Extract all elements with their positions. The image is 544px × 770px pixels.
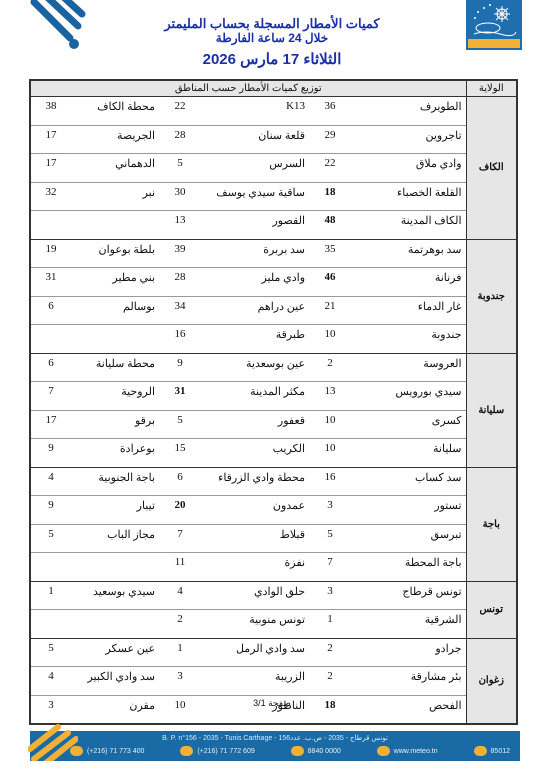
rainfall-value: 2: [309, 667, 351, 696]
rainfall-value: 3: [159, 667, 201, 696]
station-name: عين عسكر: [71, 638, 159, 667]
rainfall-value: 28: [159, 125, 201, 154]
rainfall-value: 1: [30, 581, 71, 610]
station-name: الروحية: [71, 382, 159, 411]
station-name: الكاف المدينة: [351, 211, 466, 240]
station-name: بئر مشارقة: [351, 667, 466, 696]
station-name: الجريصة: [71, 125, 159, 154]
table-row: الشرقية1تونس منوبية2: [30, 610, 517, 639]
table-row: سليانة10الكريب15بوعرادة9: [30, 439, 517, 468]
station-name: بني مطير: [71, 268, 159, 297]
station-name: الكريب: [201, 439, 309, 468]
rainfall-table: الولاية توزيع كميات الأمطار حسب المناطق …: [29, 79, 518, 725]
table-row: تستور3عمدون20تيبار9: [30, 496, 517, 525]
sms-icon: [474, 746, 487, 756]
governorate-cell: جندوبة: [466, 239, 517, 353]
station-name: تاجروين: [351, 125, 466, 154]
station-name: فرنانة: [351, 268, 466, 297]
station-name: سيدي بورويس: [351, 382, 466, 411]
station-name: القصور: [201, 211, 309, 240]
station-name: تيبار: [71, 496, 159, 525]
governorate-cell: باجة: [466, 467, 517, 581]
distribution-header: توزيع كميات الأمطار حسب المناطق: [30, 80, 466, 97]
rainfall-value: 4: [30, 467, 71, 496]
station-name: بوسالم: [71, 296, 159, 325]
governorate-cell: الكاف: [466, 97, 517, 240]
rainfall-value: 9: [30, 496, 71, 525]
station-name: سد بربرة: [201, 239, 309, 268]
station-name: القلعة الخصباء: [351, 182, 466, 211]
table-row: جندوبة10طبرقة16: [30, 325, 517, 354]
station-name: مكثر المدينة: [201, 382, 309, 411]
rainfall-value: 5: [309, 524, 351, 553]
station-name: وادي ملاق: [351, 154, 466, 183]
fax-contact[interactable]: (+216) 71 772 609: [180, 746, 254, 756]
rainfall-value: 31: [159, 382, 201, 411]
rainfall-value: 48: [309, 211, 351, 240]
table-row: باجة المحطة7نفزة11: [30, 553, 517, 582]
station-name: الدهماني: [71, 154, 159, 183]
station-name: عين بوسعدية: [201, 353, 309, 382]
rainfall-value: 35: [309, 239, 351, 268]
hotline-icon: [291, 746, 304, 756]
phone-contact[interactable]: (+216) 71 773 400: [70, 746, 144, 756]
station-name: ساقية سيدي يوسف: [201, 182, 309, 211]
fax-icon: [180, 746, 193, 756]
station-name: سليانة: [351, 439, 466, 468]
station-name: قبلاط: [201, 524, 309, 553]
table-row: تاجروين29قلعة سنان28الجريصة17: [30, 125, 517, 154]
rainfall-value: 11: [159, 553, 201, 582]
table-row: فرنانة46وادي مليز28بني مطير31: [30, 268, 517, 297]
station-name: باجة الجنوبية: [71, 467, 159, 496]
station-name: [71, 610, 159, 639]
rainfall-value: 15: [159, 439, 201, 468]
rainfall-value: 17: [30, 125, 71, 154]
table-row: الكافالطويرف36K1322محطة الكاف38: [30, 97, 517, 126]
rainfall-value: 10: [309, 439, 351, 468]
station-name: محطة وادي الزرقاء: [201, 467, 309, 496]
hotline-contact[interactable]: 8840 0000: [291, 746, 341, 756]
rainfall-value: 36: [309, 97, 351, 126]
station-name: العروسة: [351, 353, 466, 382]
rainfall-value: 13: [309, 382, 351, 411]
rainfall-value: 2: [159, 610, 201, 639]
rainfall-value: 22: [159, 97, 201, 126]
rainfall-value: 17: [30, 410, 71, 439]
table-row: باجةسد كساب16محطة وادي الزرقاء6باجة الجن…: [30, 467, 517, 496]
station-name: تستور: [351, 496, 466, 525]
report-date: الثلاثاء 17 مارس 2026: [0, 50, 544, 68]
table-row: كسرى10قعفور5برقو17: [30, 410, 517, 439]
rainfall-value: 6: [159, 467, 201, 496]
rainfall-value: [30, 553, 71, 582]
station-name: قلعة سنان: [201, 125, 309, 154]
station-name: محطة سليانة: [71, 353, 159, 382]
rainfall-value: 34: [159, 296, 201, 325]
rainfall-value: 19: [30, 239, 71, 268]
rainfall-value: 2: [309, 638, 351, 667]
station-name: تونس منوبية: [201, 610, 309, 639]
table-row: القلعة الخصباء18ساقية سيدي يوسف30نبر32: [30, 182, 517, 211]
rainfall-value: 7: [159, 524, 201, 553]
rainfall-value: 31: [30, 268, 71, 297]
rainfall-value: 7: [309, 553, 351, 582]
rainfall-value: 9: [30, 439, 71, 468]
station-name: سيدي بوسعيد: [71, 581, 159, 610]
station-name: سد كساب: [351, 467, 466, 496]
sms-contact[interactable]: 85012: [474, 746, 510, 756]
station-name: مجاز الباب: [71, 524, 159, 553]
governorate-cell: تونس: [466, 581, 517, 638]
table-row: سليانةالعروسة2عين بوسعدية9محطة سليانة6: [30, 353, 517, 382]
station-name: باجة المحطة: [351, 553, 466, 582]
station-name: قعفور: [201, 410, 309, 439]
footer-banner: B. P. n°156 - 2035 - Tunis Carthage - تو…: [30, 731, 520, 761]
rainfall-value: 29: [309, 125, 351, 154]
footer-address: B. P. n°156 - 2035 - Tunis Carthage - تو…: [30, 734, 520, 742]
rainfall-value: 5: [30, 638, 71, 667]
station-name: تبرسق: [351, 524, 466, 553]
rainfall-value: 4: [159, 581, 201, 610]
station-name: محطة الكاف: [71, 97, 159, 126]
rainfall-value: 38: [30, 97, 71, 126]
rainfall-value: 21: [309, 296, 351, 325]
rainfall-value: 16: [309, 467, 351, 496]
station-name: غار الدماء: [351, 296, 466, 325]
table-row: وادي ملاق22السرس5الدهماني17: [30, 154, 517, 183]
rainfall-value: 30: [159, 182, 201, 211]
table-row: سيدي بورويس13مكثر المدينة31الروحية7: [30, 382, 517, 411]
governorate-cell: سليانة: [466, 353, 517, 467]
rainfall-value: 5: [30, 524, 71, 553]
station-name: سد وادي الرمل: [201, 638, 309, 667]
station-name: [71, 553, 159, 582]
rainfall-value: 9: [159, 353, 201, 382]
station-name: الطويرف: [351, 97, 466, 126]
station-name: عين دراهم: [201, 296, 309, 325]
page-number: صفحة 3/1: [0, 698, 544, 709]
governorate-cell: زغوان: [466, 638, 517, 724]
rainfall-value: 5: [159, 410, 201, 439]
rainfall-value: 2: [309, 353, 351, 382]
rainfall-value: 46: [309, 268, 351, 297]
table-row: بئر مشارقة2الزريبة3سد وادي الكبير4: [30, 667, 517, 696]
station-name: طبرقة: [201, 325, 309, 354]
rainfall-value: 3: [309, 496, 351, 525]
rainfall-value: 3: [309, 581, 351, 610]
rainfall-value: 18: [309, 182, 351, 211]
table-row: غار الدماء21عين دراهم34بوسالم6: [30, 296, 517, 325]
station-name: [71, 211, 159, 240]
rainfall-value: 22: [309, 154, 351, 183]
governorate-header: الولاية: [466, 80, 517, 97]
phone-icon: [70, 746, 83, 756]
table-row: زغوانجرادو2سد وادي الرمل1عين عسكر5: [30, 638, 517, 667]
rainfall-value: 6: [30, 353, 71, 382]
globe-icon: [377, 746, 390, 756]
station-name: K13: [201, 97, 309, 126]
station-name: الشرقية: [351, 610, 466, 639]
rainfall-value: 6: [30, 296, 71, 325]
table-row: تونستونس قرطاج3حلق الوادي4سيدي بوسعيد1: [30, 581, 517, 610]
rainfall-value: 5: [159, 154, 201, 183]
station-name: بوعرادة: [71, 439, 159, 468]
station-name: وادي مليز: [201, 268, 309, 297]
table-row: تبرسق5قبلاط7مجاز الباب5: [30, 524, 517, 553]
rainfall-value: 16: [159, 325, 201, 354]
rainfall-value: [30, 211, 71, 240]
website-link[interactable]: www.meteo.tn: [377, 746, 438, 756]
table-row: جندوبةسد بوهرتمة35سد بربرة39بلطة بوعوان1…: [30, 239, 517, 268]
station-name: سد وادي الكبير: [71, 667, 159, 696]
station-name: السرس: [201, 154, 309, 183]
rainfall-value: 28: [159, 268, 201, 297]
table-header-row: الولاية توزيع كميات الأمطار حسب المناطق: [30, 80, 517, 97]
station-name: نبر: [71, 182, 159, 211]
rainfall-value: [30, 325, 71, 354]
station-name: جندوبة: [351, 325, 466, 354]
station-name: حلق الوادي: [201, 581, 309, 610]
station-name: [71, 325, 159, 354]
rainfall-value: 1: [159, 638, 201, 667]
rainfall-value: 1: [309, 610, 351, 639]
station-name: جرادو: [351, 638, 466, 667]
rainfall-value: 20: [159, 496, 201, 525]
rainfall-value: [30, 610, 71, 639]
station-name: نفزة: [201, 553, 309, 582]
report-subtitle: خلال 24 ساعة الفارطة: [0, 31, 544, 45]
station-name: برقو: [71, 410, 159, 439]
rainfall-value: 39: [159, 239, 201, 268]
station-name: الزريبة: [201, 667, 309, 696]
station-name: تونس قرطاج: [351, 581, 466, 610]
rainfall-value: 13: [159, 211, 201, 240]
rainfall-value: 7: [30, 382, 71, 411]
report-title: كميات الأمطار المسجلة بحساب المليمتر: [0, 16, 544, 32]
station-name: عمدون: [201, 496, 309, 525]
rainfall-value: 32: [30, 182, 71, 211]
rainfall-value: 10: [309, 410, 351, 439]
table-row: الكاف المدينة48القصور13: [30, 211, 517, 240]
station-name: بلطة بوعوان: [71, 239, 159, 268]
rainfall-value: 4: [30, 667, 71, 696]
rainfall-value: 10: [309, 325, 351, 354]
rainfall-value: 17: [30, 154, 71, 183]
station-name: سد بوهرتمة: [351, 239, 466, 268]
station-name: كسرى: [351, 410, 466, 439]
